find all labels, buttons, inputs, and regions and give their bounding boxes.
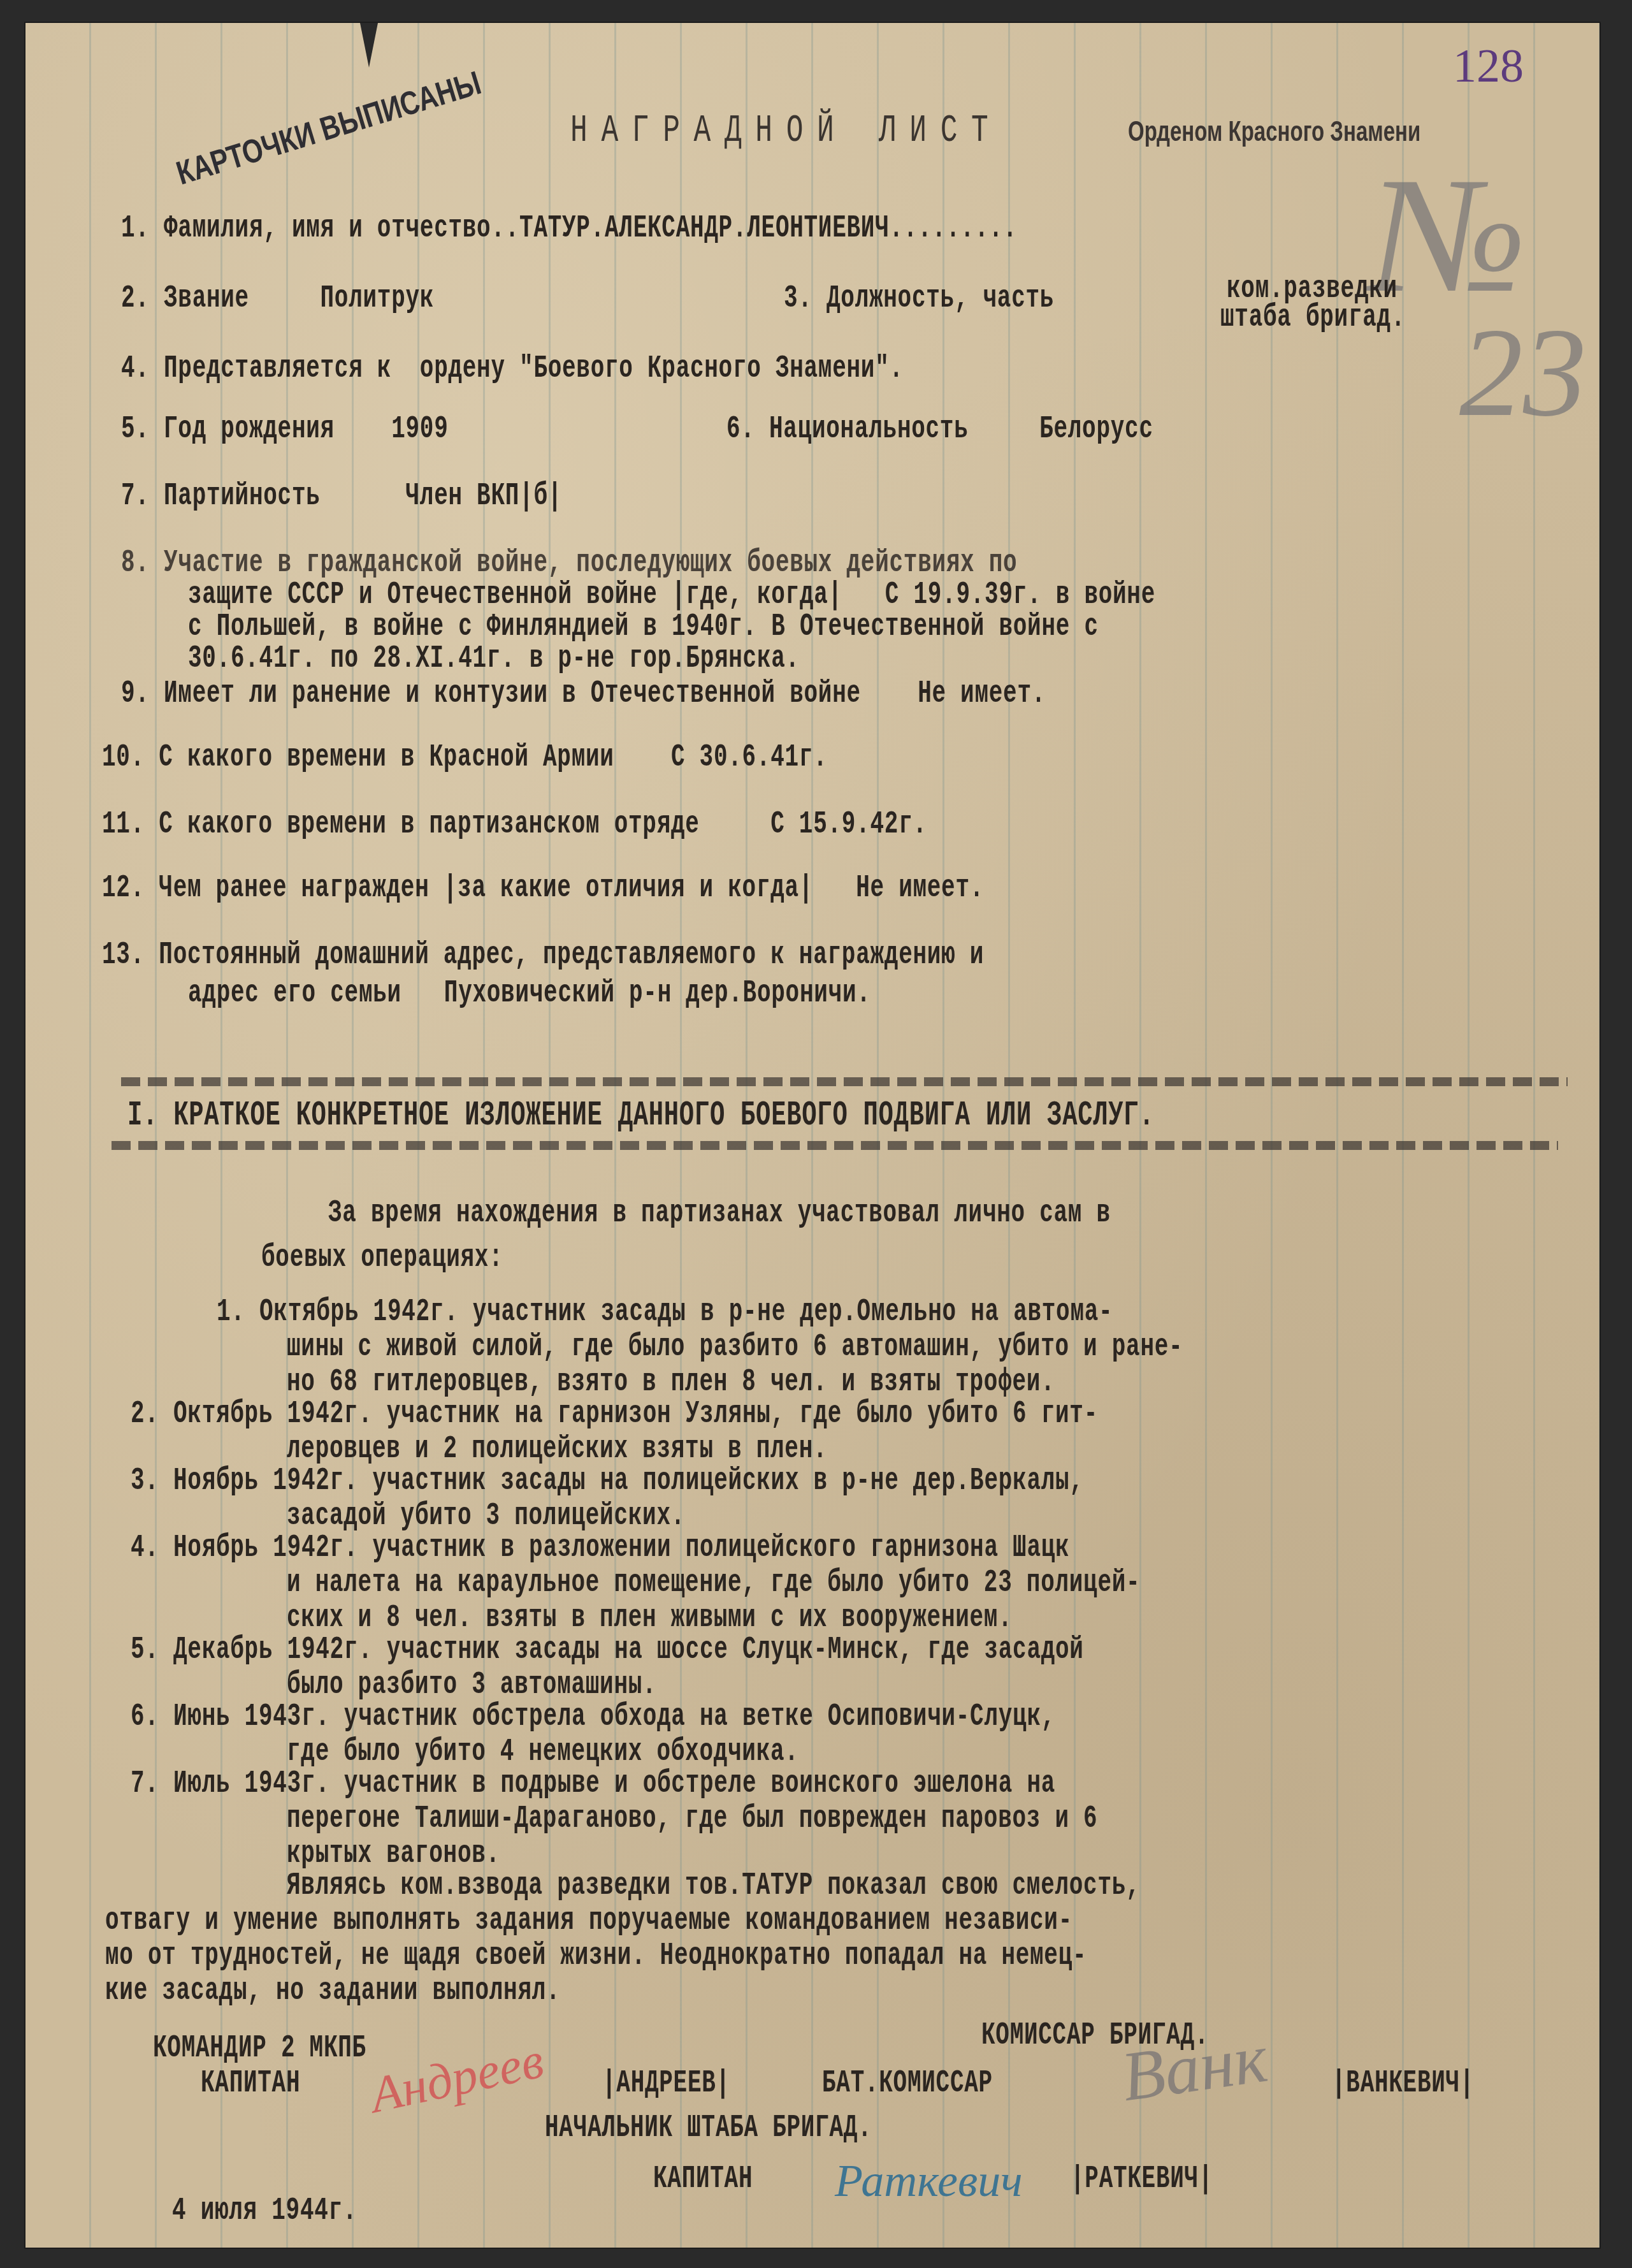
operation-number: 2. [131,1396,159,1432]
field-number: 6. [726,411,755,447]
field-9: 9. Имеет ли ранение и контузии в Отечест… [121,676,1046,713]
field-number: 5. [121,411,150,447]
field-label: Должность, часть [827,280,1054,317]
field-number: 9. [121,676,150,712]
commander-title: КОМАНДИР 2 МКПБ [153,2030,366,2067]
operation-6-line1: 6. Июнь 1943г. участник обстрела обхода … [131,1699,1055,1736]
field-8-value-line3: 30.6.41г. по 28.XI.41г. в р-не гор.Брянс… [188,641,800,678]
operation-5-line1: 5. Декабрь 1942г. участник засады на шос… [131,1632,1084,1669]
operation-4-line2: и налета на караульное помещение, где бы… [287,1565,1140,1602]
commissar-name: |ВАНКЕВИЧ| [1332,2065,1474,2102]
dashed-rule-top [121,1077,1568,1086]
field-value: Не имеет. [918,676,1046,712]
field-value: С 19.9.39г. в войне [885,577,1155,613]
pencil-number-23: 23 [1459,300,1587,446]
operation-7-line2: перегоне Талиши-Дараганово, где был повр… [287,1801,1097,1838]
field-number: 10. [102,739,145,776]
operation-text: Июль 1943г. участник в подрыве и обстрел… [173,1766,1055,1802]
chief-of-staff-title: НАЧАЛЬНИК ШТАБА БРИГАД. [545,2110,872,2147]
field-2: 2. Звание Политрук [121,280,434,317]
field-number: 12. [102,870,145,906]
section-heading: I. КРАТКОЕ КОНКРЕТНОЕ ИЗЛОЖЕНИЕ ДАННОГО … [127,1098,1154,1135]
chief-of-staff-rank: КАПИТАН [653,2161,753,2198]
field-label: защите СССР и Отечественной войне |где, … [188,577,842,613]
field-number: 13. [102,937,145,973]
chief-of-staff-name: |РАТКЕВИЧ| [1071,2161,1213,2198]
field-label: Участие в гражданской войне, последующих… [164,545,1017,581]
operation-text: Ноябрь 1942г. участник засады на полицей… [173,1463,1084,1499]
field-value: Пуховический р-н дер.Вороничи. [444,975,871,1012]
field-3-value-line2: штаба бригад. [1220,300,1405,337]
field-value: С 15.9.42г. [770,806,927,843]
conclusion-line4: кие засады, но задании выполнял. [105,1973,560,2010]
field-number: 4. [121,351,150,387]
operation-number: 5. [131,1632,159,1668]
operation-4-line1: 4. Ноябрь 1942г. участник в разложении п… [131,1530,1069,1567]
conclusion-line2: отвагу и умение выполнять задания поруча… [105,1903,1072,1940]
operation-text: Декабрь 1942г. участник засады на шоссе … [173,1632,1084,1668]
operation-number: 1. [217,1294,245,1330]
conclusion-line1: Являясь ком.взвода разведки тов.ТАТУР по… [287,1868,1140,1905]
operation-number: 4. [131,1530,159,1566]
field-label: Национальность [769,411,969,447]
field-label: Фамилия, имя и отчество.. [164,210,519,247]
field-number: 2. [121,280,150,317]
operation-number: 3. [131,1463,159,1499]
field-label: Представляется к [164,351,391,387]
field-11: 11. С какого времени в партизанском отря… [102,806,927,843]
paper-tear [360,23,378,68]
field-value: Политрук [321,280,435,317]
field-number: 11. [102,806,145,843]
field-label: Партийность [164,478,321,514]
field-label: Звание [164,280,249,317]
field-number: 8. [121,545,150,581]
field-6: 6. Национальность Белорусс [726,411,1153,448]
field-12: 12. Чем ранее награжден |за какие отличи… [102,870,984,907]
field-value: Не имеет. [856,870,984,906]
chief-of-staff-signature: Раткевич [835,2155,1023,2207]
operation-text: Июнь 1943г. участник обстрела обхода на … [173,1699,1055,1735]
field-value: ТАТУР.АЛЕКСАНДР.ЛЕОНТИЕВИЧ......... [519,210,1017,247]
field-label: адрес его семьи [188,975,401,1012]
operation-number: 7. [131,1766,159,1802]
field-7: 7. Партийность Член ВКП|б| [121,478,562,515]
dashed-rule-bottom [112,1141,1558,1150]
field-number: 1. [121,210,150,247]
field-label: С какого времени в партизанском отряде [159,806,699,843]
field-4: 4. Представляется к ордену "Боевого Крас… [121,351,904,388]
field-number: 3. [784,280,812,317]
field-1: 1. Фамилия, имя и отчество..ТАТУР.АЛЕКСА… [121,210,1017,247]
field-value: Член ВКП|б| [405,478,562,514]
operation-text: Ноябрь 1942г. участник в разложении поли… [173,1530,1069,1566]
commissar-rank: БАТ.КОМИССАР [822,2065,993,2102]
field-10: 10. С какого времени в Красной Армии С 3… [102,739,828,776]
operation-1-line1: 1. Октябрь 1942г. участник засады в р-не… [217,1294,1113,1331]
operation-7-line1: 7. Июль 1943г. участник в подрыве и обст… [131,1766,1055,1803]
commander-name: |АНДРЕЕВ| [602,2065,730,2102]
field-value: ордену "Боевого Красного Знамени". [420,351,904,387]
conclusion-line3: мо от трудностей, не щадя своей жизни. Н… [105,1938,1087,1975]
field-13-line2: адрес его семьи Пуховический р-н дер.Вор… [188,975,871,1012]
operation-number: 6. [131,1699,159,1735]
operation-2-line1: 2. Октябрь 1942г. участник на гарнизон У… [131,1396,1098,1433]
operation-3-line1: 3. Ноябрь 1942г. участник засады на поли… [131,1463,1084,1500]
field-label: Год рождения [164,411,335,447]
operation-1-line2: шины с живой силой, где было разбито 6 а… [287,1329,1183,1366]
intro-line2: боевых операциях: [261,1240,503,1277]
document-date: 4 июля 1944г. [172,2193,357,2230]
field-3: 3. Должность, часть [784,280,1054,317]
field-label: Постоянный домашний адрес, представляемо… [159,937,984,973]
archive-number: 128 [1453,40,1524,94]
field-label: С какого времени в Красной Армии [159,739,614,776]
commander-rank: КАПИТАН [201,2065,300,2102]
field-value: 1909 [391,411,448,447]
intro-line1: За время нахождения в партизанах участво… [328,1195,1111,1232]
field-label: Имеет ли ранение и контузии в Отечествен… [164,676,861,712]
operation-text: Октябрь 1942г. участник засады в р-не де… [259,1294,1113,1330]
operation-text: Октябрь 1942г. участник на гарнизон Узля… [173,1396,1098,1432]
field-13-line1: 13. Постоянный домашний адрес, представл… [102,937,984,974]
field-value: Белорусс [1039,411,1153,447]
field-label: Чем ранее награжден |за какие отличия и … [159,870,813,906]
document-title: НАГРАДНОЙ ЛИСТ [570,112,1002,149]
field-number: 7. [121,478,150,514]
field-value: С 30.6.41г. [671,739,828,776]
field-5: 5. Год рождения 1909 [121,411,448,448]
